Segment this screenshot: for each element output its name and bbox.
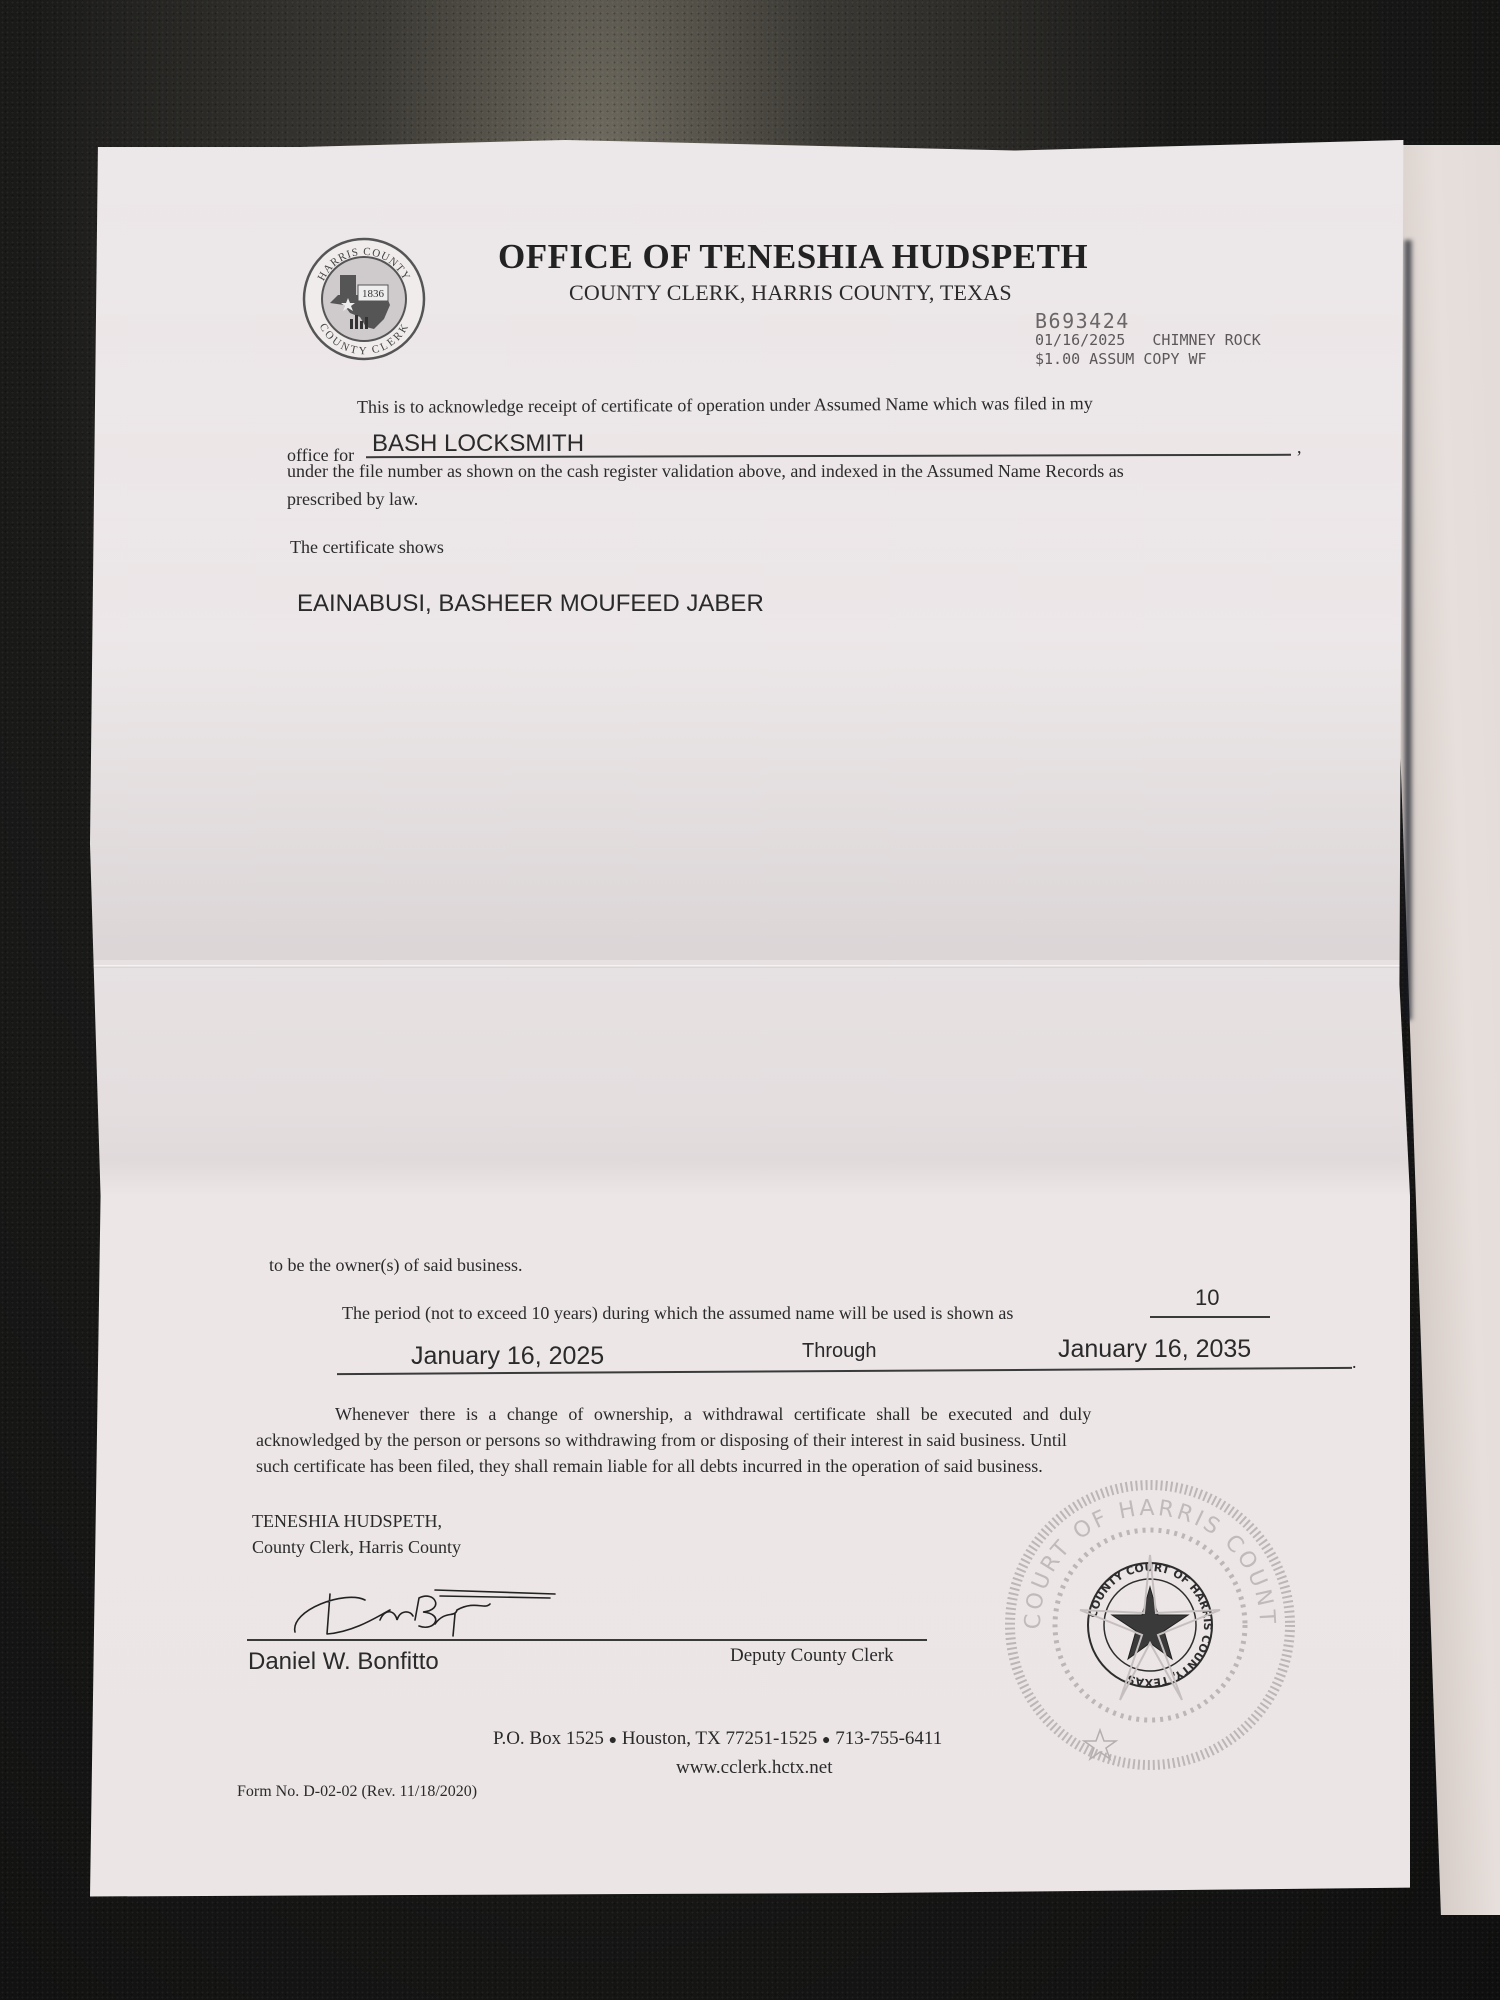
stamp-location: CHIMNEY ROCK xyxy=(1152,331,1260,349)
notice-line-2: acknowledged by the person or persons so… xyxy=(256,1430,1067,1451)
business-name: BASH LOCKSMITH xyxy=(372,430,584,458)
form-number: Form No. D-02-02 (Rev. 11/18/2020) xyxy=(237,1783,477,1801)
end-date: January 16, 2035 xyxy=(1058,1335,1251,1364)
deputy-title: Deputy County Clerk xyxy=(730,1645,894,1667)
period-underline xyxy=(1150,1316,1270,1318)
office-subtitle: COUNTY CLERK, HARRIS COUNTY, TEXAS xyxy=(569,280,1012,306)
validation-stamp: B693424 01/16/2025 CHIMNEY ROCK $1.00 AS… xyxy=(1035,312,1261,369)
handwritten-signature-icon xyxy=(285,1580,565,1645)
deputy-name: Daniel W. Bonfitto xyxy=(248,1648,439,1676)
sheet-gap-shadow xyxy=(1402,240,1414,1020)
start-date: January 16, 2025 xyxy=(411,1342,604,1371)
svg-text:1836: 1836 xyxy=(362,288,385,300)
body-line-3: prescribed by law. xyxy=(287,489,418,510)
signature-line xyxy=(247,1639,927,1641)
office-title: OFFICE OF TENESHIA HUDSPETH xyxy=(498,237,1088,277)
period-end-punct: . xyxy=(1352,1352,1357,1373)
owner-name: EAINABUSI, BASHEER MOUFEED JABER xyxy=(297,590,764,618)
paper-fold-crease xyxy=(90,965,1410,968)
bullet-icon: ● xyxy=(609,1733,617,1748)
stamp-fee: $1.00 ASSUM COPY WF xyxy=(1035,350,1261,369)
body-line-2: under the file number as shown on the ca… xyxy=(287,461,1124,482)
certificate-shows-label: The certificate shows xyxy=(290,537,444,558)
svg-text:COUNTY COURT OF HARRIS COUNTY,: COUNTY COURT OF HARRIS COUNTY, TEXAS xyxy=(1000,1475,1279,1630)
bullet-icon: ● xyxy=(822,1733,830,1748)
period-years: 10 xyxy=(1195,1285,1219,1311)
stamp-date-location: 01/16/2025 CHIMNEY ROCK xyxy=(1035,331,1261,350)
clerk-title: County Clerk, Harris County xyxy=(252,1537,461,1558)
intro-text: This is to acknowledge receipt of certif… xyxy=(357,393,1093,418)
notice-line-1: Whenever there is a change of ownership,… xyxy=(335,1404,1091,1425)
stamp-date: 01/16/2025 xyxy=(1035,331,1125,349)
owner-suffix: to be the owner(s) of said business. xyxy=(269,1255,522,1276)
footer-contact-line: P.O. Box 1525 ● Houston, TX 77251-1525 ●… xyxy=(493,1728,942,1750)
footer-phone: 713-755-6411 xyxy=(835,1728,942,1749)
notice-line-3: such certificate has been filed, they sh… xyxy=(256,1456,1043,1477)
footer-address: P.O. Box 1525 xyxy=(493,1728,604,1749)
clerk-name: TENESHIA HUDSPETH, xyxy=(252,1511,442,1532)
harris-county-clerk-seal-icon: 1836 HARRIS COUNTY COUNTY CLERK xyxy=(300,235,428,363)
comma: , xyxy=(1297,437,1302,458)
texas-star-seal-icon: COUNTY COURT OF HARRIS COUNTY, TEXAS COU… xyxy=(1000,1475,1310,1775)
period-text: The period (not to exceed 10 years) duri… xyxy=(342,1303,1013,1324)
footer-city: Houston, TX 77251-1525 xyxy=(622,1728,817,1749)
file-number: B693424 xyxy=(1035,312,1261,331)
footer-website[interactable]: www.cclerk.hctx.net xyxy=(676,1757,833,1779)
through-label: Through xyxy=(802,1340,877,1363)
